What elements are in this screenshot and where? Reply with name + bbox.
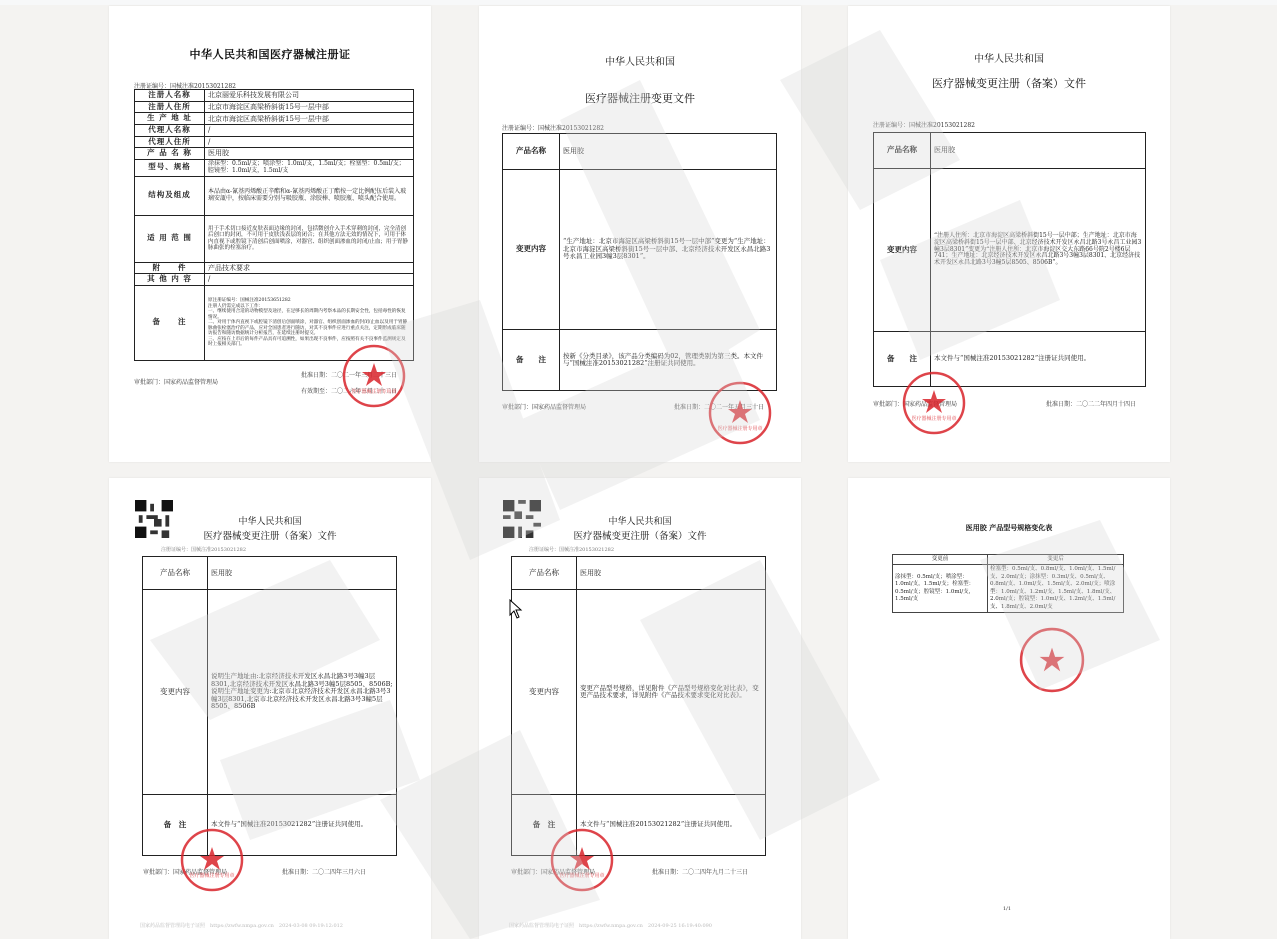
row-value: 产品技术要求 [205, 262, 414, 274]
svg-text:医疗器械注册专用章: 医疗器械注册专用章 [911, 415, 956, 422]
page-title-line1: 中华人民共和国 [479, 514, 801, 527]
row-label: 变更内容 [874, 169, 931, 332]
svg-text:医疗器械注册专用章: 医疗器械注册专用章 [717, 425, 762, 432]
table-row: 变更内容“注册人住所：北京市海淀区高梁桥斜街15号一层中部；生产地址：北京市海淀… [874, 169, 1146, 332]
table-row: 涂抹型：0.5ml/支；喷涂型：1.0ml/支，1.5ml/支；栓塞型：0.5m… [893, 565, 1124, 613]
row-label: 变更内容 [512, 590, 577, 795]
table-row: 注册人名称北京丽爱乐科技发展有限公司 [135, 90, 414, 102]
official-seal-icon: 医疗器械注册专用章 [549, 827, 615, 893]
mouse-cursor-icon [509, 599, 523, 619]
table-row: 产品名称医用胶 [512, 557, 766, 590]
row-label: 注册人名称 [135, 90, 205, 102]
official-seal-icon: 医疗器械注册专用章 [341, 343, 407, 409]
row-label: 代理人名称 [135, 124, 205, 136]
table-row: 变更内容“生产地址：北京市海淀区高梁桥斜街15号一层中部”变更为“生产地址：北京… [503, 170, 777, 330]
change-table: 产品名称医用胶 变更内容说明生产地址由:北京经济技术开发区永昌北路3号3幢3层8… [142, 556, 397, 856]
column-header: 变更前 [893, 555, 988, 565]
row-label: 附 件 [135, 262, 205, 274]
row-value: / [205, 274, 414, 286]
table-row: 注册人住所北京市海淀区高梁桥斜街15号一层中部 [135, 101, 414, 113]
registration-number: 注册证编号：国械注准20153021282 [502, 123, 604, 132]
row-value: 用于手术切口接近皮肤表面边缘的封闭，包括微创介入手术穿刺的封闭，完全清创后创口的… [205, 215, 414, 262]
spec-before: 涂抹型：0.5ml/支；喷涂型：1.0ml/支，1.5ml/支；栓塞型：0.5m… [893, 565, 988, 613]
row-value: 医用胶 [577, 557, 766, 590]
official-seal-icon: 医疗器械注册专用章 [901, 370, 967, 436]
spec-after: 栓塞型：0.5ml/支、0.8ml/支、1.0ml/支、1.5ml/支、2.0m… [988, 565, 1124, 613]
document-page-change-document[interactable]: 中华人民共和国 医疗器械注册变更文件 注册证编号：国械注准20153021282… [479, 6, 801, 462]
row-value: 北京市海淀区高梁桥斜街15号一层中部 [205, 101, 414, 113]
row-label: 产品名称 [512, 557, 577, 590]
row-label: 产品名称 [503, 134, 560, 170]
row-value: 涂抹型：0.5ml/支；喷涂型：1.0ml/支，1.5ml/支；栓塞型：0.5m… [205, 159, 414, 176]
row-value: “生产地址：北京市海淀区高梁桥斜街15号一层中部”变更为“生产地址：北京市海淀区… [560, 170, 777, 330]
table-row: 产 品 名 称医用胶 [135, 148, 414, 160]
row-label: 型号、规格 [135, 159, 205, 176]
certificate-table: 注册人名称北京丽爱乐科技发展有限公司 注册人住所北京市海淀区高梁桥斜街15号一层… [134, 89, 414, 361]
page-title-line1: 中华人民共和国 [479, 53, 801, 68]
table-row: 产品名称医用胶 [143, 557, 397, 590]
row-label: 生 产 地 址 [135, 113, 205, 125]
approval-date: 批准日期：二〇二二年四月十四日 [1046, 399, 1136, 408]
electronic-license-footer: 国家药品监督管理局电子证照 https://zwfw.nmpa.gov.cn 2… [140, 922, 343, 929]
change-table: 产品名称医用胶 变更内容变更产品型号规格，详见附件《产品型号规格变化对比表》，变… [511, 556, 766, 856]
row-value: “注册人住所：北京市海淀区高梁桥斜街15号一层中部；生产地址：北京市海淀区高梁桥… [931, 169, 1146, 332]
row-label: 结构及组成 [135, 176, 205, 215]
registration-number: 注册证编号：国械注准20153021282 [161, 546, 246, 553]
table-header-row: 变更前变更后 [893, 555, 1124, 565]
page-title-line2: 医疗器械变更注册（备案）文件 [109, 528, 431, 542]
table-row: 代理人名称/ [135, 124, 414, 136]
table-row: 产品名称医用胶 [874, 133, 1146, 169]
table-row: 适 用 范 围用于手术切口接近皮肤表面边缘的封闭，包括微创介入手术穿刺的封闭，完… [135, 215, 414, 262]
svg-text:医疗器械注册专用章: 医疗器械注册专用章 [189, 872, 234, 879]
document-page-change-registration-2024-09[interactable]: 中华人民共和国 医疗器械变更注册（备案）文件 注册证编号：国械注准2015302… [479, 478, 801, 939]
approval-date: 批准日期：二〇二四年三月六日 [282, 867, 366, 876]
table-row: 结构及组成本品由α-氰基丙烯酸正辛酯和α-氰基丙烯酸正丁酯按一定比例配伍后装入玻… [135, 176, 414, 215]
row-label: 产品名称 [874, 133, 931, 169]
document-page-spec-comparison[interactable]: 医用胶 产品型号规格变化表 变更前变更后 涂抹型：0.5ml/支；喷涂型：1.0… [848, 478, 1170, 939]
company-seal-icon [1018, 626, 1086, 694]
svg-text:医疗器械注册专用章: 医疗器械注册专用章 [559, 872, 604, 879]
page-number: 1/1 [1003, 906, 1011, 912]
document-page-change-registration-2022[interactable]: 中华人民共和国 医疗器械变更注册（备案）文件 注册证编号：国械注准2015302… [848, 6, 1170, 462]
table-row: 其 他 内 容/ [135, 274, 414, 286]
svg-text:医疗器械注册专用章: 医疗器械注册专用章 [351, 388, 396, 395]
document-page-registration-certificate[interactable]: 中华人民共和国医疗器械注册证 注册证编号：国械注准20153021282 注册人… [109, 6, 431, 462]
row-value: / [205, 136, 414, 148]
table-row: 代理人住所/ [135, 136, 414, 148]
document-page-change-registration-2024-03[interactable]: 中华人民共和国 医疗器械变更注册（备案）文件 注册证编号：国械注准2015302… [109, 478, 431, 939]
change-table: 产品名称医用胶 变更内容“生产地址：北京市海淀区高梁桥斜街15号一层中部”变更为… [502, 133, 777, 391]
page-title: 中华人民共和国医疗器械注册证 [109, 46, 431, 62]
page-title: 医用胶 产品型号规格变化表 [848, 523, 1170, 533]
page-title-line2: 医疗器械注册变更文件 [479, 90, 801, 106]
row-value: / [205, 124, 414, 136]
row-label: 备 注 [135, 285, 205, 360]
row-label: 代理人住所 [135, 136, 205, 148]
row-value: 医用胶 [205, 148, 414, 160]
table-row: 生 产 地 址北京市海淀区高梁桥斜街15号一层中部 [135, 113, 414, 125]
row-label: 变更内容 [143, 590, 208, 795]
row-label: 适 用 范 围 [135, 215, 205, 262]
row-value: 医用胶 [931, 133, 1146, 169]
table-row: 型号、规格涂抹型：0.5ml/支；喷涂型：1.0ml/支，1.5ml/支；栓塞型… [135, 159, 414, 176]
table-row: 附 件产品技术要求 [135, 262, 414, 274]
column-header: 变更后 [988, 555, 1124, 565]
row-value: 说明生产地址由:北京经济技术开发区永昌北路3号3幢3层8301,北京经济技术开发… [208, 590, 397, 795]
approval-department: 审批部门：国家药品监督管理局 [502, 402, 586, 411]
row-value: 医用胶 [208, 557, 397, 590]
table-row: 变更内容变更产品型号规格，详见附件《产品型号规格变化对比表》，变更产品技术要求，… [512, 590, 766, 795]
row-value: 变更产品型号规格，详见附件《产品型号规格变化对比表》，变更产品技术要求，详见附件… [577, 590, 766, 795]
page-title-line1: 中华人民共和国 [109, 514, 431, 527]
row-label: 其 他 内 容 [135, 274, 205, 286]
row-label: 变更内容 [503, 170, 560, 330]
row-value: 医用胶 [560, 134, 777, 170]
approval-department: 审批部门：国家药品监督管理局 [134, 377, 218, 386]
row-label: 产品名称 [143, 557, 208, 590]
spec-comparison-table: 变更前变更后 涂抹型：0.5ml/支；喷涂型：1.0ml/支，1.5ml/支；栓… [892, 554, 1124, 613]
official-seal-icon: 医疗器械注册专用章 [179, 827, 245, 893]
row-value: 北京丽爱乐科技发展有限公司 [205, 90, 414, 102]
table-row: 产品名称医用胶 [503, 134, 777, 170]
row-value: 本品由α-氰基丙烯酸正辛酯和α-氰基丙烯酸正丁酯按一定比例配伍后装入玻璃安瓿中，… [205, 176, 414, 215]
row-label: 注册人住所 [135, 101, 205, 113]
row-value: 北京市海淀区高梁桥斜街15号一层中部 [205, 113, 414, 125]
registration-number: 注册证编号：国械注准20153021282 [873, 120, 975, 129]
registration-number: 注册证编号：国械注准20153021282 [529, 546, 614, 553]
page-title-line1: 中华人民共和国 [848, 50, 1170, 65]
page-title-line2: 医疗器械变更注册（备案）文件 [479, 528, 801, 542]
top-bar [0, 0, 1277, 5]
change-table: 产品名称医用胶 变更内容“注册人住所：北京市海淀区高梁桥斜街15号一层中部；生产… [873, 132, 1146, 387]
table-row: 变更内容说明生产地址由:北京经济技术开发区永昌北路3号3幢3层8301,北京经济… [143, 590, 397, 795]
page-title-line2: 医疗器械变更注册（备案）文件 [848, 75, 1170, 91]
electronic-license-footer: 国家药品监督管理局电子证照 https://zwfw.nmpa.gov.cn 2… [509, 922, 712, 929]
official-seal-icon: 医疗器械注册专用章 [707, 380, 773, 446]
approval-date: 批准日期：二〇二四年九月二十三日 [652, 867, 748, 876]
row-label: 产 品 名 称 [135, 148, 205, 160]
row-label: 备 注 [503, 330, 560, 391]
